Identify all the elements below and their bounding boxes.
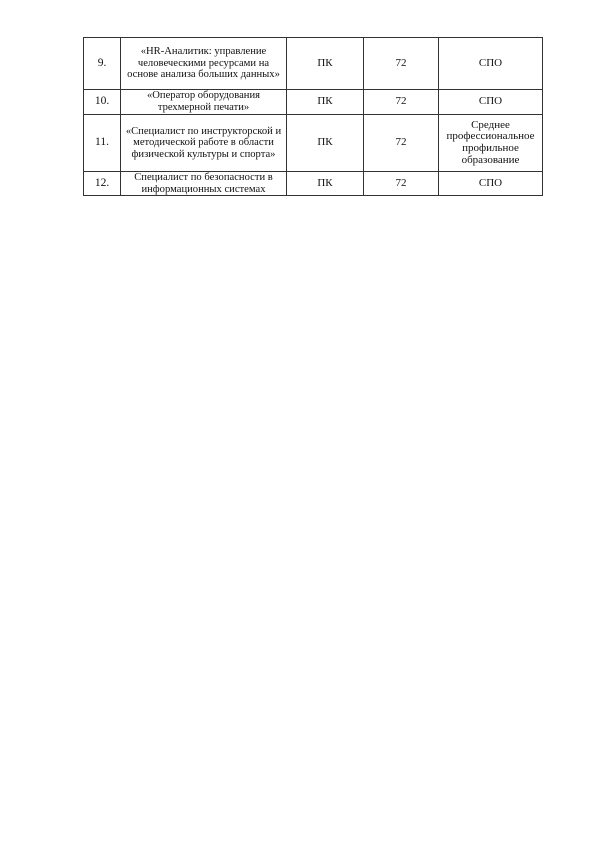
program-type: ПК (287, 115, 364, 172)
programs-table: 9. «HR-Аналитик: управление человеческим… (83, 37, 543, 196)
program-name: Специалист по безопасности в информацион… (121, 172, 287, 196)
required-education: СПО (439, 172, 543, 196)
row-number: 10. (84, 90, 121, 115)
program-type: ПК (287, 172, 364, 196)
row-number: 12. (84, 172, 121, 196)
table-row: 10. «Оператор оборудования трехмерной пе… (84, 90, 543, 115)
program-hours: 72 (364, 90, 439, 115)
program-type: ПК (287, 38, 364, 90)
program-name: «HR-Аналитик: управление человеческими р… (121, 38, 287, 90)
program-hours: 72 (364, 172, 439, 196)
table-row: 11. «Специалист по инструкторской и мето… (84, 115, 543, 172)
program-name: «Оператор оборудования трехмерной печати… (121, 90, 287, 115)
required-education: СПО (439, 38, 543, 90)
document-page: 9. «HR-Аналитик: управление человеческим… (0, 0, 606, 850)
program-hours: 72 (364, 115, 439, 172)
required-education: СПО (439, 90, 543, 115)
table-row: 12. Специалист по безопасности в информа… (84, 172, 543, 196)
table-row: 9. «HR-Аналитик: управление человеческим… (84, 38, 543, 90)
required-education: Среднее профессиональное профильное обра… (439, 115, 543, 172)
program-hours: 72 (364, 38, 439, 90)
row-number: 11. (84, 115, 121, 172)
program-name: «Специалист по инструкторской и методиче… (121, 115, 287, 172)
row-number: 9. (84, 38, 121, 90)
program-type: ПК (287, 90, 364, 115)
